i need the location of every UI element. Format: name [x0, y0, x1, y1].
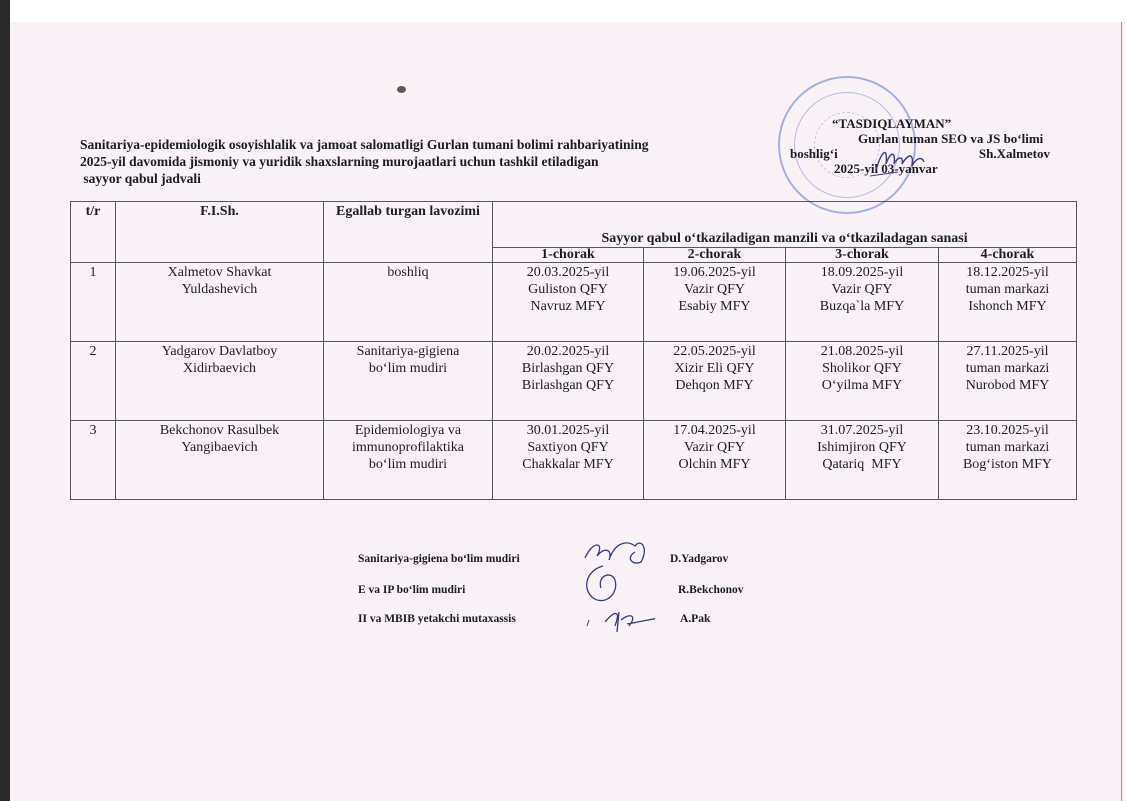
cell-quarter-3: 21.08.2025-yilSholikor QFYO‘yilma MFY	[786, 342, 939, 421]
cell-num: 2	[71, 342, 116, 421]
cell-line: Yuldashevich	[119, 281, 320, 298]
signature-name: R.Bekchonov	[678, 584, 744, 596]
cell-quarter-1: 20.03.2025-yilGuliston QFYNavruz MFY	[493, 263, 644, 342]
cell-line: Vazir QFY	[647, 439, 782, 456]
header-quarter-4: 4-chorak	[939, 248, 1077, 263]
cell-quarter-1: 20.02.2025-yilBirlashgan QFYBirlashgan Q…	[493, 342, 644, 421]
scan-speck	[397, 86, 406, 93]
cell-line: 18.09.2025-yil	[789, 264, 935, 281]
title-line: Sanitariya-epidemiologik osoyishlalik va…	[80, 136, 780, 153]
cell-line: 18.12.2025-yil	[942, 264, 1073, 281]
title-line: sayyor qabul jadvali	[80, 170, 780, 187]
header-quarter-2: 2-chorak	[644, 248, 786, 263]
handwritten-signatures-icon	[575, 536, 655, 646]
signature-row: Sanitariya-gigiena bo‘lim mudiri D.Yadga…	[358, 553, 778, 577]
cell-line: 22.05.2025-yil	[647, 343, 782, 360]
cell-line: Buzqa`la MFY	[789, 298, 935, 315]
cell-name: Xalmetov ShavkatYuldashevich	[116, 263, 324, 342]
cell-line: Guliston QFY	[496, 281, 640, 298]
cell-line: 27.11.2025-yil	[942, 343, 1073, 360]
cell-num: 1	[71, 263, 116, 342]
cell-line: 21.08.2025-yil	[789, 343, 935, 360]
cell-quarter-3: 31.07.2025-yilIshimjiron QFYQatariq MFY	[786, 421, 939, 500]
cell-line: Epidemiologiya va	[327, 422, 489, 439]
cell-line: immunoprofilaktika	[327, 439, 489, 456]
approval-heading: “TASDIQLAYMAN”	[790, 116, 1080, 131]
cell-quarter-4: 23.10.2025-yiltuman markaziBog‘iston MFY	[939, 421, 1077, 500]
signature-row: E va IP bo‘lim mudiri R.Bekchonov	[358, 584, 778, 608]
signature-row: II va MBIB yetakchi mutaxassis A.Pak	[358, 613, 778, 637]
cell-quarter-4: 27.11.2025-yiltuman markaziNurobod MFY	[939, 342, 1077, 421]
cell-line: bo‘lim mudiri	[327, 360, 489, 377]
cell-name: Bekchonov RasulbekYangibaevich	[116, 421, 324, 500]
approval-date: 2025-yil 03-yanvar	[790, 161, 1080, 176]
cell-name: Yadgarov DavlatboyXidirbaevich	[116, 342, 324, 421]
cell-position: boshliq	[324, 263, 493, 342]
cell-line: boshliq	[327, 264, 489, 281]
cell-quarter-1: 30.01.2025-yilSaxtiyon QFYChakkalar MFY	[493, 421, 644, 500]
cell-line: bo‘lim mudiri	[327, 456, 489, 473]
approval-signatory: boshlig‘i Sh.Xalmetov	[790, 146, 1080, 161]
signatures-block: Sanitariya-gigiena bo‘lim mudiri D.Yadga…	[358, 553, 778, 625]
cell-line: 31.07.2025-yil	[789, 422, 935, 439]
cell-quarter-2: 17.04.2025-yilVazir QFYOlchin MFY	[644, 421, 786, 500]
cell-line: Nurobod MFY	[942, 377, 1073, 394]
signature-role: E va IP bo‘lim mudiri	[358, 584, 465, 596]
cell-line: Esabiy MFY	[647, 298, 782, 315]
cell-line: Saxtiyon QFY	[496, 439, 640, 456]
cell-line: Yangibaevich	[119, 439, 320, 456]
cell-line: Xizir Eli QFY	[647, 360, 782, 377]
cell-line: Chakkalar MFY	[496, 456, 640, 473]
cell-quarter-2: 19.06.2025-yilVazir QFYEsabiy MFY	[644, 263, 786, 342]
cell-line: Bog‘iston MFY	[942, 456, 1073, 473]
cell-line: tuman markazi	[942, 360, 1073, 377]
cell-line: Olchin MFY	[647, 456, 782, 473]
header-name: F.I.Sh.	[116, 202, 324, 263]
table-row: 2Yadgarov DavlatboyXidirbaevichSanitariy…	[71, 342, 1077, 421]
cell-line: 30.01.2025-yil	[496, 422, 640, 439]
approval-block: “TASDIQLAYMAN” Gurlan tuman SEO va JS bo…	[790, 116, 1080, 176]
signature-name: A.Pak	[680, 613, 710, 625]
cell-line: Dehqon MFY	[647, 377, 782, 394]
cell-line: Xalmetov Shavkat	[119, 264, 320, 281]
cell-line: Xidirbaevich	[119, 360, 320, 377]
cell-quarter-3: 18.09.2025-yilVazir QFYBuzqa`la MFY	[786, 263, 939, 342]
signature-name: D.Yadgarov	[670, 553, 728, 565]
approval-department: Gurlan tuman SEO va JS bo‘limi	[790, 131, 1080, 146]
approval-name: Sh.Xalmetov	[979, 146, 1050, 161]
cell-line: 19.06.2025-yil	[647, 264, 782, 281]
cell-line: 23.10.2025-yil	[942, 422, 1073, 439]
cell-line: O‘yilma MFY	[789, 377, 935, 394]
header-quarter-3: 3-chorak	[786, 248, 939, 263]
cell-line: 20.03.2025-yil	[496, 264, 640, 281]
cell-line: 20.02.2025-yil	[496, 343, 640, 360]
cell-line: Vazir QFY	[789, 281, 935, 298]
cell-position: Epidemiologiya vaimmunoprofilaktikabo‘li…	[324, 421, 493, 500]
cell-quarter-4: 18.12.2025-yiltuman markaziIshonch MFY	[939, 263, 1077, 342]
cell-line: 17.04.2025-yil	[647, 422, 782, 439]
cell-line: Birlashgan QFY	[496, 377, 640, 394]
header-position: Egallab turgan lavozimi	[324, 202, 493, 263]
cell-line: Sholikor QFY	[789, 360, 935, 377]
cell-line: Sanitariya-gigiena	[327, 343, 489, 360]
signature-icon	[868, 142, 928, 178]
cell-quarter-2: 22.05.2025-yilXizir Eli QFYDehqon MFY	[644, 342, 786, 421]
header-group: Sayyor qabul o‘tkaziladigan manzili va o…	[493, 202, 1077, 248]
signature-role: II va MBIB yetakchi mutaxassis	[358, 613, 516, 625]
table-row: 3Bekchonov RasulbekYangibaevichEpidemiol…	[71, 421, 1077, 500]
cell-line: Navruz MFY	[496, 298, 640, 315]
cell-line: Bekchonov Rasulbek	[119, 422, 320, 439]
cell-line: Ishonch MFY	[942, 298, 1073, 315]
signature-role: Sanitariya-gigiena bo‘lim mudiri	[358, 553, 520, 565]
page-edge	[1121, 22, 1122, 801]
cell-line: Ishimjiron QFY	[789, 439, 935, 456]
cell-position: Sanitariya-gigienabo‘lim mudiri	[324, 342, 493, 421]
document-title: Sanitariya-epidemiologik osoyishlalik va…	[80, 136, 780, 187]
window-edge	[0, 0, 10, 801]
cell-num: 3	[71, 421, 116, 500]
cell-line: Vazir QFY	[647, 281, 782, 298]
scan-margin	[10, 0, 1126, 22]
cell-line: Yadgarov Davlatboy	[119, 343, 320, 360]
table-row: 1Xalmetov ShavkatYuldashevichboshliq20.0…	[71, 263, 1077, 342]
approval-role: boshlig‘i	[790, 146, 838, 161]
header-num: t/r	[71, 202, 116, 263]
cell-line: tuman markazi	[942, 281, 1073, 298]
cell-line: tuman markazi	[942, 439, 1073, 456]
cell-line: Qatariq MFY	[789, 456, 935, 473]
cell-line: Birlashgan QFY	[496, 360, 640, 377]
schedule-table: t/r F.I.Sh. Egallab turgan lavozimi Sayy…	[70, 201, 1077, 500]
header-quarter-1: 1-chorak	[493, 248, 644, 263]
title-line: 2025-yil davomida jismoniy va yuridik sh…	[80, 153, 780, 170]
